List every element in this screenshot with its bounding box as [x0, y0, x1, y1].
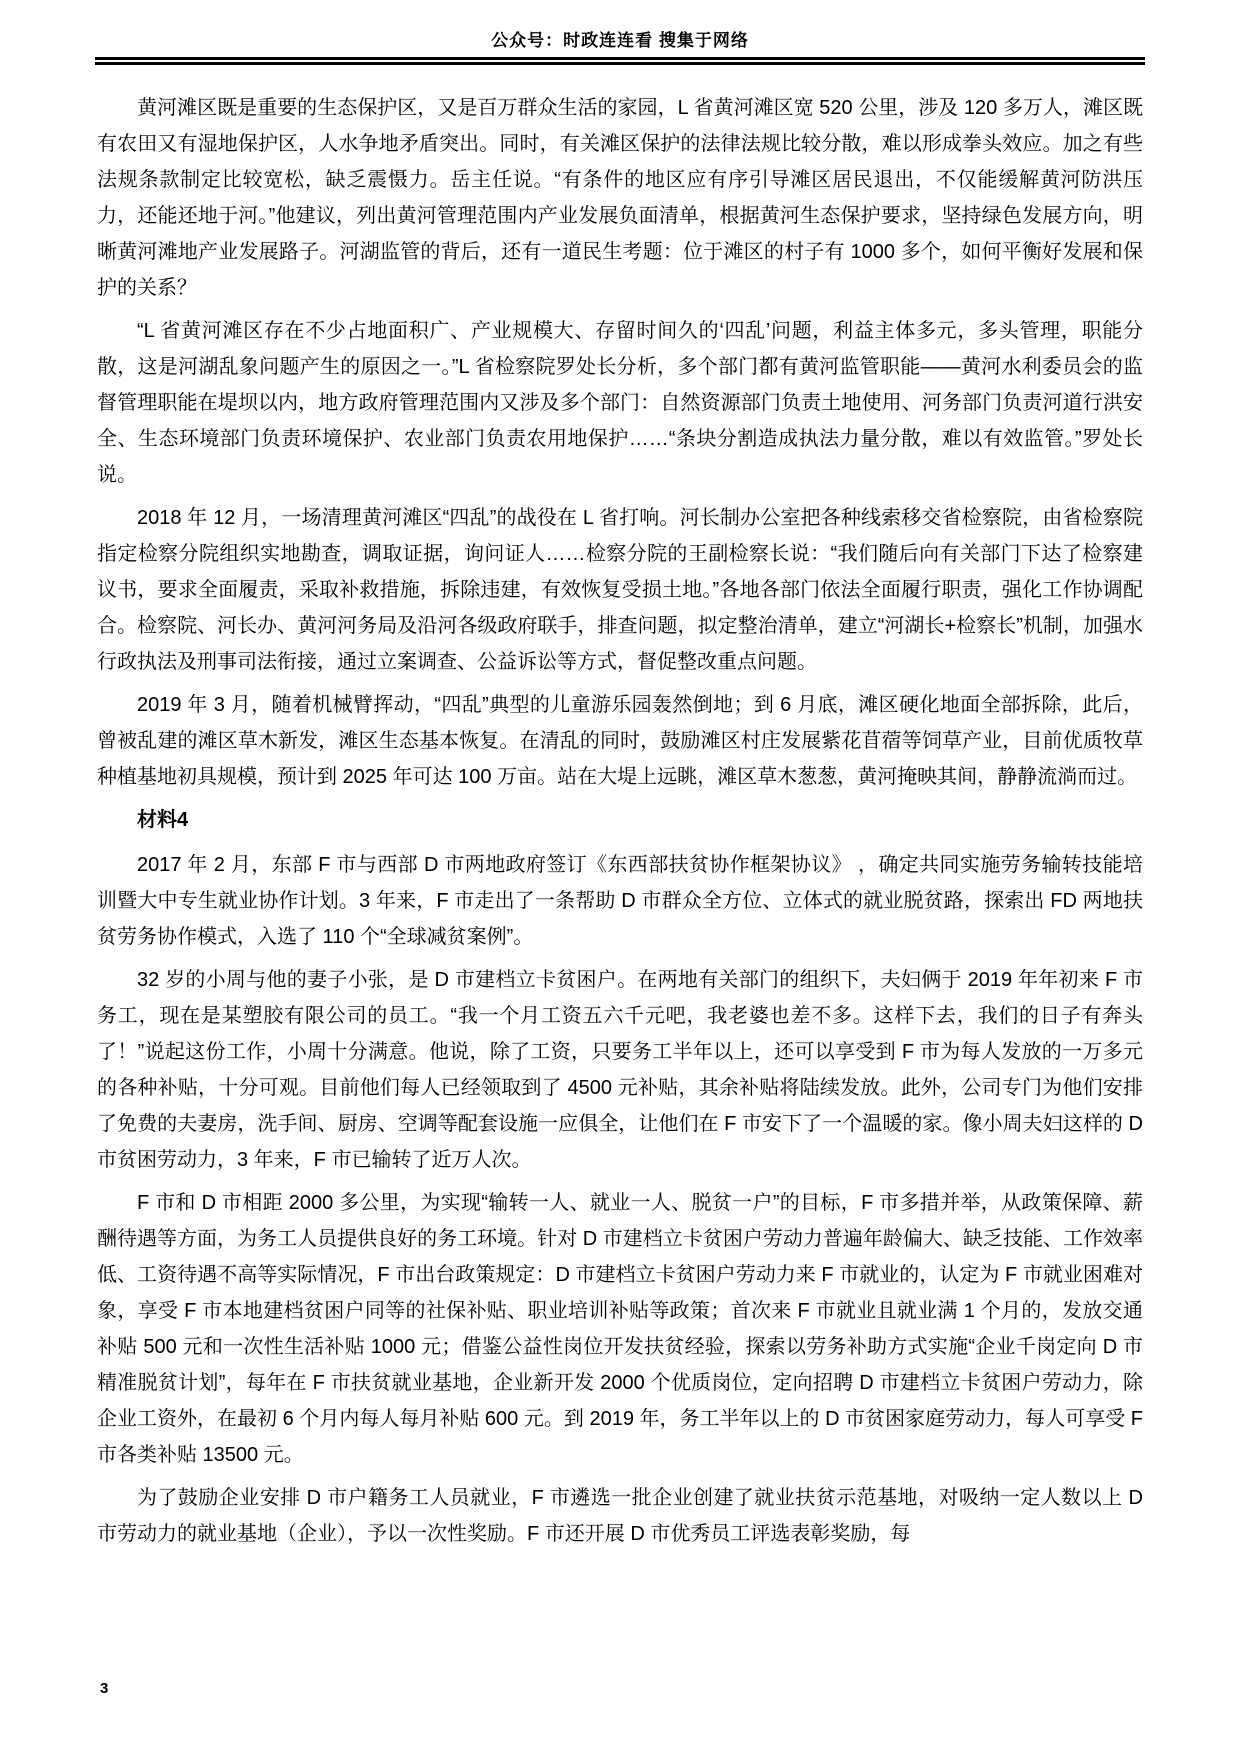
page-header: 公众号：时政连连看 搜集于网络 [0, 0, 1240, 65]
paragraph-2019-restoration: 2019 年 3 月，随着机械臂挥动，“四乱”典型的儿童游乐园轰然倒地；到 6 … [97, 687, 1143, 795]
material-4-heading: 材料4 [97, 802, 1143, 838]
paragraph-xiaozhou-story: 32 岁的小周与他的妻子小张，是 D 市建档立卡贫困户。在两地有关部门的组织下，… [97, 962, 1143, 1178]
header-divider [95, 57, 1145, 65]
page-number: 3 [100, 1680, 108, 1697]
divider-line-top [95, 57, 1145, 60]
document-page: 公众号：时政连连看 搜集于网络 黄河滩区既是重要的生态保护区，又是百万群众生活的… [0, 0, 1240, 1754]
document-body: 黄河滩区既是重要的生态保护区，又是百万群众生活的家园，L 省黄河滩区宽 520 … [0, 65, 1240, 1552]
paragraph-cooperation-agreement: 2017 年 2 月，东部 F 市与西部 D 市两地政府签订《东西部扶贫协作框架… [97, 847, 1143, 955]
paragraph-enterprise-incentives: 为了鼓励企业安排 D 市户籍务工人员就业，F 市遴选一批企业创建了就业扶贫示范基… [97, 1480, 1143, 1552]
paragraph-four-chaos-analysis: “L 省黄河滩区存在不少占地面积广、产业规模大、存留时间久的‘四乱’问题，利益主… [97, 313, 1143, 493]
header-title: 公众号：时政连连看 搜集于网络 [0, 30, 1240, 52]
paragraph-policy-subsidies: F 市和 D 市相距 2000 多公里，为实现“输转一人、就业一人、脱贫一户”的… [97, 1185, 1143, 1473]
paragraph-yellow-river-intro: 黄河滩区既是重要的生态保护区，又是百万群众生活的家园，L 省黄河滩区宽 520 … [97, 90, 1143, 306]
paragraph-2018-campaign: 2018 年 12 月，一场清理黄河滩区“四乱”的战役在 L 省打响。河长制办公… [97, 500, 1143, 680]
